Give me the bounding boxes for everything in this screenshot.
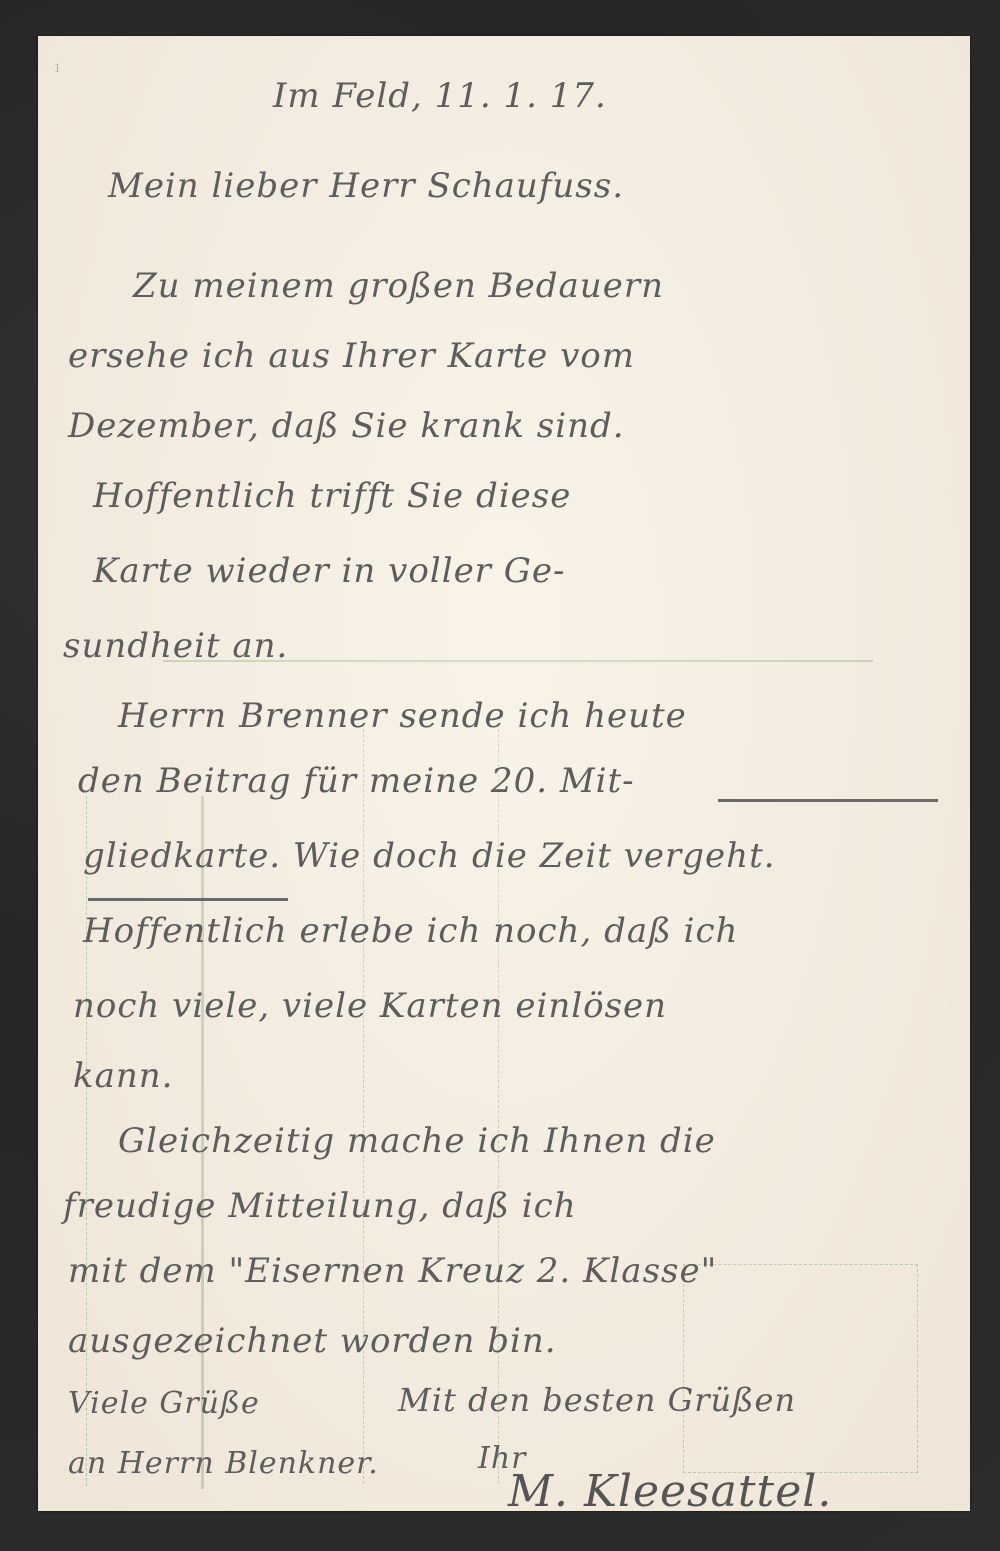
text-line: noch viele, viele Karten einlösen [73, 986, 667, 1026]
text-line: gliedkarte. Wie doch die Zeit vergeht. [83, 836, 776, 876]
text-line: kann. [73, 1056, 173, 1096]
stamp-box [683, 1264, 918, 1473]
text-line: ersehe ich aus Ihrer Karte vom [68, 336, 635, 376]
text-line: mit dem "Eisernen Kreuz 2. Klasse" [68, 1251, 717, 1291]
date-line: Im Feld, 11. 1. 17. [273, 76, 607, 116]
closing-greeting: Mit den besten Grüßen [398, 1381, 796, 1419]
text-line: Herrn Brenner sende ich heute [118, 696, 687, 736]
salutation: Mein lieber Herr Schaufuss. [108, 166, 624, 206]
closing-greeting-left-2: an Herrn Blenkner. [68, 1446, 379, 1481]
underline [88, 898, 288, 901]
text-line: Hoffentlich trifft Sie diese [93, 476, 571, 516]
closing-greeting-left: Viele Grüße [68, 1386, 260, 1421]
dashed-guide-line [86, 796, 87, 1486]
text-line: den Beitrag für meine 20. Mit- [78, 761, 635, 801]
text-line: freudige Mitteilung, daß ich [63, 1186, 577, 1226]
text-line: Karte wieder in voller Ge- [93, 551, 566, 591]
text-line: Hoffentlich erlebe ich noch, daß ich [83, 911, 738, 951]
text-line: ausgezeichnet worden bin. [68, 1321, 557, 1361]
text-line: Dezember, daß Sie krank sind. [68, 406, 625, 446]
text-line: sundheit an. [63, 626, 288, 666]
text-line: Zu meinem großen Bedauern [133, 266, 664, 306]
signature: M. Kleesattel. [508, 1466, 832, 1517]
postcard: 1 Im Feld, 11. 1. 17. Mein lieber Herr S… [38, 36, 970, 1511]
page-marker: 1 [54, 62, 61, 75]
text-line: Gleichzeitig mache ich Ihnen die [118, 1121, 716, 1161]
underline [718, 799, 938, 802]
